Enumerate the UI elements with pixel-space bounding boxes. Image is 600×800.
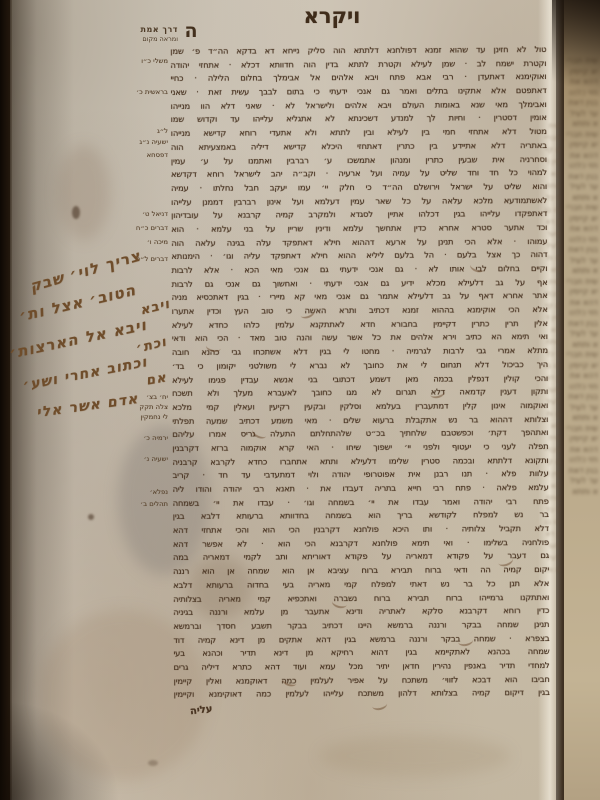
body-text: טול לא חזינן עד שהוא זמנא דפולחנא דלתתא … <box>170 43 549 702</box>
top-right-shadow <box>552 0 600 120</box>
margin-citation: ל״ג <box>157 127 168 135</box>
margin-citation: דפסחא <box>147 151 168 159</box>
margin-citation: צלה תקק <box>139 403 168 411</box>
margin-citation: תהלים ב׳ <box>140 500 168 508</box>
margin-citation: בראשית כ׳ <box>136 88 168 96</box>
body-text-line: בגין דיקום קמיה בצלותא דלהון משתכח עלייה… <box>174 686 550 702</box>
margin-citation: דניאל ט׳ <box>142 210 168 218</box>
ink-spot <box>148 760 158 766</box>
margin-citation: ירמיה כ׳ <box>143 434 168 442</box>
binding-edge <box>0 0 12 800</box>
margin-citation: ישעיה נ׳ <box>144 455 168 463</box>
next-page-blurred-text: שית חברייא קיימין דהא אתחזי כלהו בגין דא… <box>566 56 598 676</box>
margin-citation: ישעיה נ״ג <box>139 138 168 146</box>
book-photo: שית חברייא קיימין דהא אתחזי כלהו בגין דא… <box>0 0 600 800</box>
ink-spot <box>72 206 80 219</box>
page-title: ויקרא <box>282 4 382 28</box>
ink-spot <box>88 514 94 520</box>
margin-citation: דברים כ״ח <box>136 224 168 232</box>
stain <box>320 735 510 777</box>
margin-citation: יח׳ בצ׳ <box>146 393 168 401</box>
margin-citation: מיכה ו׳ <box>147 238 168 246</box>
margin-citation: לי נחמקין <box>140 413 168 421</box>
folio-letter: ה <box>176 20 206 42</box>
margin-citation: נפלא׳ <box>150 488 168 496</box>
margin-citation: משלי כ״ו <box>141 57 168 65</box>
stain <box>58 145 110 240</box>
corner-shadow <box>0 700 120 800</box>
